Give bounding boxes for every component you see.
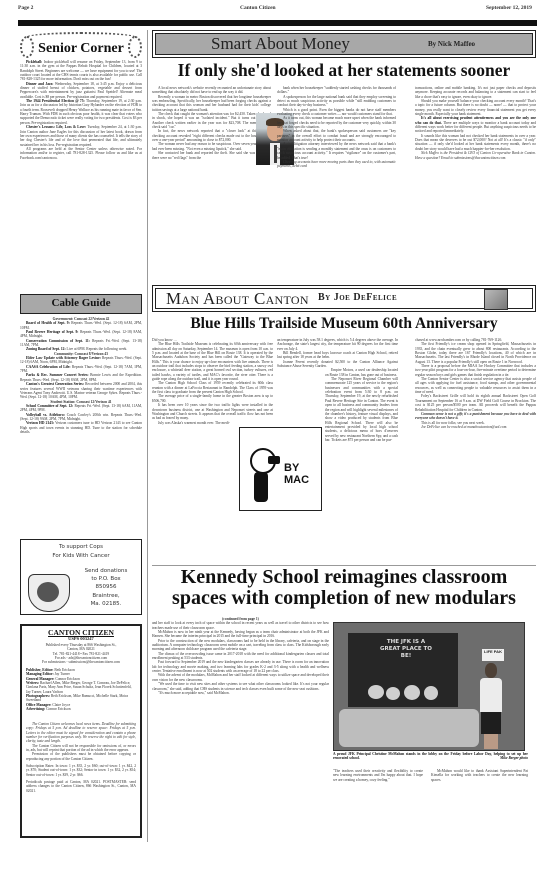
paper-name: Canton Citizen	[240, 5, 276, 11]
paragraph: Fast forward to September 2019 and the n…	[152, 660, 329, 673]
masthead-line: For submissions - submissions@thecantonc…	[26, 660, 136, 664]
man-about-canton-banner: Man About Canton By Joe DeFelice	[152, 285, 536, 312]
couch	[339, 709, 479, 747]
paragraph: transactions, online and mobile banking.…	[415, 86, 536, 99]
paragraph: It's all about exercising prudent attent…	[415, 116, 536, 133]
paragraph: With the advent of the modulars, McMahon…	[152, 673, 329, 682]
cartoon-body	[254, 472, 268, 502]
paragraph: an temperature in July was 58.1 degrees,…	[277, 338, 398, 351]
paragraph: The Blue Hills Trailside Museum is celeb…	[152, 342, 273, 381]
subscription-rates: Subscription Rates: In town: 1 yr. $35, …	[26, 764, 136, 777]
paragraph: bank when her housekeeper "suddenly star…	[277, 86, 396, 95]
paragraph: Bill Bendell, former head boys lacrosse …	[277, 351, 398, 360]
staff-line: Photographers: Beth Erickson, Mike Bamuc…	[26, 694, 136, 703]
caption-text: A proud JFK Principal Christine McMahon …	[333, 752, 528, 760]
author-bio: Nick Maffeo is the President & CEO of Ca…	[415, 151, 536, 160]
cable-item: Volleyball vs. Attleboro: Coach Cawley's…	[20, 413, 142, 422]
paragraph: "It's much more acceptable now," said Mc…	[152, 691, 329, 695]
paragraph: The first Friendly's ice cream shop open…	[415, 342, 536, 364]
paragraph: It has been over 10 years since the two …	[152, 403, 273, 420]
masthead-policy: The Canton Citizen welcomes local news i…	[26, 722, 136, 793]
cable-item: Paul Revere Heritage of Sept. 9: Repeats…	[20, 330, 142, 339]
paragraph: She contacted her bank and reported the …	[152, 151, 271, 160]
kennedy-col3: McMahon would like to thank Assistant Su…	[431, 769, 528, 782]
masthead-staff: Publisher, Editor: Beth Erickson Managin…	[26, 668, 136, 711]
paragraph: McMahon would like to thank Assistant Su…	[431, 769, 528, 782]
cable-guide-title: Cable Guide	[20, 294, 142, 314]
paragraph: Prior to the construction of the new mod…	[152, 639, 329, 652]
masthead-box: CANTON CITIZEN USPS 003247 Published eve…	[20, 624, 142, 838]
headline-line: spaces with completion of new modulars	[152, 588, 536, 609]
senior-item: Dinner and Jazz: Wednesday, September 18…	[20, 82, 142, 99]
paragraph: There is a proposal before the MIAA Ice …	[415, 364, 536, 377]
page-number: Page 2	[18, 5, 33, 11]
cops-for-kids-ad: To support Cops For Kids With Cancer Sen…	[20, 539, 142, 615]
principal-figure	[476, 663, 506, 749]
paragraph: Recently a woman in metro Boston discove…	[152, 95, 271, 112]
postage-notice: Periodicals postage paid at Canton, MA 0…	[26, 780, 136, 793]
senior-item: The 1944 Presidential Election @ 75: Thu…	[20, 99, 142, 125]
smart-money-col1: A local news network's website recently …	[152, 86, 271, 160]
cable-item: Board of Health of Sept. 9: Repeats Thur…	[20, 321, 142, 330]
cable-item: Elder Law Update with Attorney Roger Lev…	[20, 356, 142, 365]
camera-icon	[268, 456, 280, 464]
mac-col3: chased at www.nrrchamber.com or by calli…	[415, 338, 536, 429]
paragraph: A civil litigation attorney interviewed …	[277, 142, 396, 159]
cartoon-label: BY MAC	[284, 462, 321, 486]
paragraph: The Canton Senior Center is also a socia…	[415, 377, 536, 394]
man-about-canton-headline: Blue Hills Trailside Museum 60th Anniver…	[152, 315, 536, 333]
paragraph: Should you make yourself balance your ch…	[415, 99, 536, 116]
ad-line: To support Cops	[21, 544, 141, 550]
ad-line: For Kids With Cancer	[21, 553, 141, 559]
column-title: Smart About Money	[211, 34, 350, 54]
paragraph: The woman never had any reason to be sus…	[152, 142, 271, 151]
cable-item: CAASA Celebration of Life: Repeats Thurs…	[20, 365, 142, 374]
policy-paragraph: The Canton Citizen will not be responsib…	[26, 744, 136, 753]
mac-col1: Did you know … The Blue Hills Trailside …	[152, 338, 273, 425]
smart-money-col3: transactions, online and mobile banking.…	[415, 86, 536, 160]
paragraph: The climax of the overcrowding issue cam…	[152, 652, 329, 661]
senior-corner-header: Senior Corner	[20, 30, 142, 58]
paragraph: In fact, the news network reported that …	[152, 129, 271, 142]
principal-lobby-photo: THE JFK IS A GREAT PLACE TO BE! LIFE PAK	[333, 622, 525, 751]
paragraph: Joanne Ferent recently donated $2,500 to…	[277, 360, 398, 369]
paragraph: "The teachers used their creativity and …	[333, 769, 423, 782]
senior-corner-body: Pickleball: Indoor pickleball will resum…	[20, 60, 142, 160]
ad-line: to P.O. Box	[73, 576, 139, 582]
byline: By Nick Maffeo	[428, 40, 475, 48]
senior-item: Pickleball: Indoor pickleball will resum…	[20, 60, 142, 82]
closing-quote: Common sense is not a gift; it's a punis…	[415, 412, 536, 421]
cable-item: School Committee of Sept. 12: Repeats Fr…	[20, 404, 142, 413]
smart-money-col2: bank when her housekeeper "suddenly star…	[277, 86, 396, 169]
photo-credit: Mike Berger photo	[500, 756, 528, 760]
paragraph: A local news network's website recently …	[152, 86, 271, 95]
paragraph: The average price of a single-family hom…	[152, 394, 273, 403]
paragraph: The Canton High School Class of 1959 rec…	[152, 381, 273, 394]
headline-line: Kennedy School reimagines classroom	[152, 567, 536, 588]
kennedy-col1: (continued from page 1) and her staff to…	[152, 617, 329, 695]
paragraph: When asked about that, the bank's spokes…	[277, 129, 396, 142]
paragraph: McMahon is now in her ninth year at the …	[152, 630, 329, 639]
cable-item: Verizon HD 2143: Verizon customers tune …	[20, 421, 142, 434]
cable-guide-body: Government: Comcast 22/Verizon 42 Board …	[20, 317, 142, 434]
ad-line: Braintree,	[73, 593, 139, 599]
photo-caption: A proud JFK Principal Christine McMahon …	[333, 752, 528, 761]
paragraph: Empire Motors, a used car dealership loc…	[325, 368, 398, 377]
column-divider	[147, 30, 148, 842]
column-title: Man About Canton	[166, 289, 309, 309]
cable-item: Parks & Rec. Summer Concert Series: Bonn…	[20, 373, 142, 382]
paragraph: It sounds like this woman had not checke…	[415, 134, 536, 151]
mac-col2: an temperature in July was 58.1 degrees,…	[277, 338, 398, 442]
contact-info: Joe DeFelice can be reached at manaboutc…	[415, 425, 536, 429]
kennedy-col2: "The teachers used their creativity and …	[333, 769, 423, 782]
cable-item: Canton's Greatest Generation Series: Rec…	[20, 382, 142, 399]
masthead-usps: USPS 003247	[22, 636, 140, 641]
kennedy-headline: Kennedy School reimagines classroom spac…	[152, 567, 536, 609]
paragraph: As it turns out, this woman became much …	[277, 116, 396, 129]
cable-item: Conservation Commission of Sept. 11: Rep…	[20, 339, 142, 348]
columnist-headshot-photo	[484, 289, 508, 310]
lifepak-sign: LIFE PAK	[482, 649, 504, 661]
smart-money-headline: If only she'd looked at her statements s…	[152, 60, 536, 81]
board-text: THE JFK IS A GREAT PLACE TO BE!	[376, 639, 436, 660]
paragraph: A spokesperson for the large national ba…	[277, 95, 396, 108]
issue-date: September 12, 2019	[486, 5, 532, 11]
policy-paragraph: The Canton Citizen welcomes local news i…	[26, 722, 136, 744]
staff-line: Writers: Rachael Allen, Mike Berger, Geo…	[26, 681, 136, 694]
paragraph: "We used the time to visit new sites and…	[152, 682, 329, 691]
bulletin-board: THE JFK IS A GREAT PLACE TO BE!	[348, 633, 458, 707]
paragraph: and her staff to look at every inch of s…	[152, 621, 329, 630]
masthead-contact: Published every Thursday at 866 Washingt…	[26, 643, 136, 665]
staff-line: Advertising: Connor Erickson	[26, 707, 136, 711]
byline: By Joe DeFelice	[318, 292, 397, 303]
ad-line: Send donations	[73, 568, 139, 574]
top-rule	[18, 20, 537, 26]
senior-item: Chester's Lessons: Life, Loss & Love: Tu…	[20, 125, 142, 147]
paragraph: Checking accounts have more moving parts…	[277, 160, 396, 169]
ad-line: Ma. 02185.	[73, 601, 139, 607]
senior-corner-title: Senior Corner	[20, 41, 142, 57]
policy-paragraph: Permission of the publishers must be obt…	[26, 752, 136, 761]
paragraph: Which is a good point. Even the biggest …	[277, 108, 396, 117]
paragraph: Foley's Backstreet Grille will hold its …	[415, 394, 536, 411]
paragraph: The Neponset River Regional Chamber will…	[325, 377, 398, 442]
ad-line: 850956	[73, 584, 139, 590]
cops-for-kids-badge-icon	[28, 574, 70, 612]
paragraph: The check that caught the woman's attent…	[152, 112, 271, 129]
smart-about-money-banner: Smart About Money By Nick Maffeo	[152, 30, 536, 58]
senior-item: All programs are held at the Senior Cent…	[20, 147, 142, 160]
paragraph: July was Alaska's warmest month ever. Th…	[152, 421, 273, 425]
